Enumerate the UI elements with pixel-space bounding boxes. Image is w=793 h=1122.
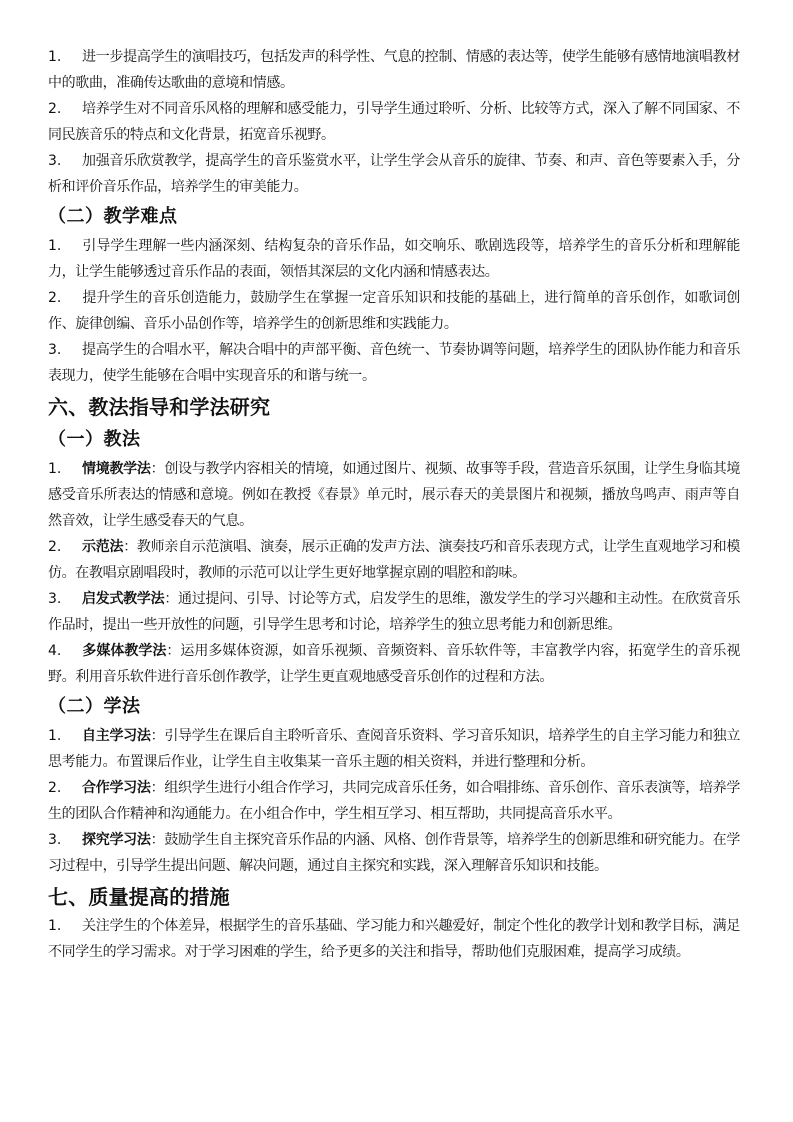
method-term: 自主学习法 (82, 728, 151, 744)
teaching-method-item-1: 1.情境教学法：创设与教学内容相关的情境，如通过图片、视频、故事等手段，营造音乐… (48, 456, 740, 534)
focus-item-1: 1.进一步提高学生的演唱技巧，包括发声的科学性、气息的控制、情感的表达等，使学生… (48, 44, 740, 96)
item-text: 加强音乐欣赏教学，提高学生的音乐鉴赏水平，让学生学会从音乐的旋律、节奏、和声、音… (48, 153, 740, 195)
quality-measure-item-1: 1.关注学生的个体差异，根据学生的音乐基础、学习能力和兴趣爱好，制定个性化的教学… (48, 913, 740, 965)
heading-section-7: 七、质量提高的措施 (48, 881, 740, 913)
item-number: 4. (48, 638, 82, 664)
method-term: 情境教学法 (82, 461, 151, 477)
item-number: 2. (48, 534, 82, 560)
heading-section-6: 六、教法指导和学法研究 (48, 391, 740, 423)
item-number: 3. (48, 337, 82, 363)
learning-method-item-2: 2.合作学习法：组织学生进行小组合作学习，共同完成音乐任务，如合唱排练、音乐创作… (48, 775, 740, 827)
item-text: 关注学生的个体差异，根据学生的音乐基础、学习能力和兴趣爱好，制定个性化的教学计划… (48, 918, 740, 960)
teaching-method-item-2: 2.示范法：教师亲自示范演唱、演奏，展示正确的发声方法、演奏技巧和音乐表现方式，… (48, 534, 740, 586)
teaching-method-item-3: 3.启发式教学法：通过提问、引导、讨论等方式，启发学生的思维，激发学生的学习兴趣… (48, 586, 740, 638)
focus-item-3: 3.加强音乐欣赏教学，提高学生的音乐鉴赏水平，让学生学会从音乐的旋律、节奏、和声… (48, 148, 740, 200)
item-number: 1. (48, 456, 82, 482)
item-text: ：引导学生在课后自主聆听音乐、查阅音乐资料、学习音乐知识，培养学生的自主学习能力… (48, 728, 740, 770)
subheading-teaching-difficulties: （二）教学难点 (48, 201, 740, 233)
item-number: 1. (48, 723, 82, 749)
item-text: ：组织学生进行小组合作学习，共同完成音乐任务，如合唱排练、音乐创作、音乐表演等，… (48, 780, 740, 822)
item-number: 1. (48, 913, 82, 939)
focus-item-2: 2.培养学生对不同音乐风格的理解和感受能力，引导学生通过聆听、分析、比较等方式，… (48, 96, 740, 148)
item-number: 1. (48, 44, 82, 70)
learning-method-item-1: 1.自主学习法：引导学生在课后自主聆听音乐、查阅音乐资料、学习音乐知识，培养学生… (48, 723, 740, 775)
method-term: 合作学习法 (82, 780, 151, 796)
item-number: 3. (48, 586, 82, 612)
subheading-learning-methods: （二）学法 (48, 691, 740, 723)
item-text: ：创设与教学内容相关的情境，如通过图片、视频、故事等手段，营造音乐氛围，让学生身… (48, 461, 740, 529)
document-page: 1.进一步提高学生的演唱技巧，包括发声的科学性、气息的控制、情感的表达等，使学生… (48, 44, 740, 965)
item-number: 3. (48, 148, 82, 174)
item-number: 1. (48, 233, 82, 259)
learning-method-item-3: 3.探究学习法：鼓励学生自主探究音乐作品的内涵、风格、创作背景等，培养学生的创新… (48, 827, 740, 879)
method-term: 探究学习法 (82, 832, 151, 848)
subheading-teaching-methods: （一）教法 (48, 424, 740, 456)
item-number: 2. (48, 285, 82, 311)
item-text: 提升学生的音乐创造能力，鼓励学生在掌握一定音乐知识和技能的基础上，进行简单的音乐… (48, 290, 740, 332)
item-number: 2. (48, 96, 82, 122)
difficulty-item-1: 1.引导学生理解一些内涵深刻、结构复杂的音乐作品，如交响乐、歌剧选段等，培养学生… (48, 233, 740, 285)
difficulty-item-2: 2.提升学生的音乐创造能力，鼓励学生在掌握一定音乐知识和技能的基础上，进行简单的… (48, 285, 740, 337)
item-number: 3. (48, 827, 82, 853)
item-number: 2. (48, 775, 82, 801)
method-term: 启发式教学法 (82, 591, 164, 607)
method-term: 示范法 (82, 539, 123, 555)
item-text: 引导学生理解一些内涵深刻、结构复杂的音乐作品，如交响乐、歌剧选段等，培养学生的音… (48, 238, 740, 280)
item-text: 提高学生的合唱水平，解决合唱中的声部平衡、音色统一、节奏协调等问题，培养学生的团… (48, 342, 740, 384)
method-term: 多媒体教学法 (82, 643, 166, 659)
item-text: ：鼓励学生自主探究音乐作品的内涵、风格、创作背景等，培养学生的创新思维和研究能力… (48, 832, 740, 874)
teaching-method-item-4: 4.多媒体教学法：运用多媒体资源，如音乐视频、音频资料、音乐软件等，丰富教学内容… (48, 638, 740, 690)
difficulty-item-3: 3.提高学生的合唱水平，解决合唱中的声部平衡、音色统一、节奏协调等问题，培养学生… (48, 337, 740, 389)
item-text: 进一步提高学生的演唱技巧，包括发声的科学性、气息的控制、情感的表达等，使学生能够… (48, 49, 740, 91)
item-text: ：教师亲自示范演唱、演奏，展示正确的发声方法、演奏技巧和音乐表现方式，让学生直观… (48, 539, 740, 581)
item-text: 培养学生对不同音乐风格的理解和感受能力，引导学生通过聆听、分析、比较等方式，深入… (48, 101, 740, 143)
